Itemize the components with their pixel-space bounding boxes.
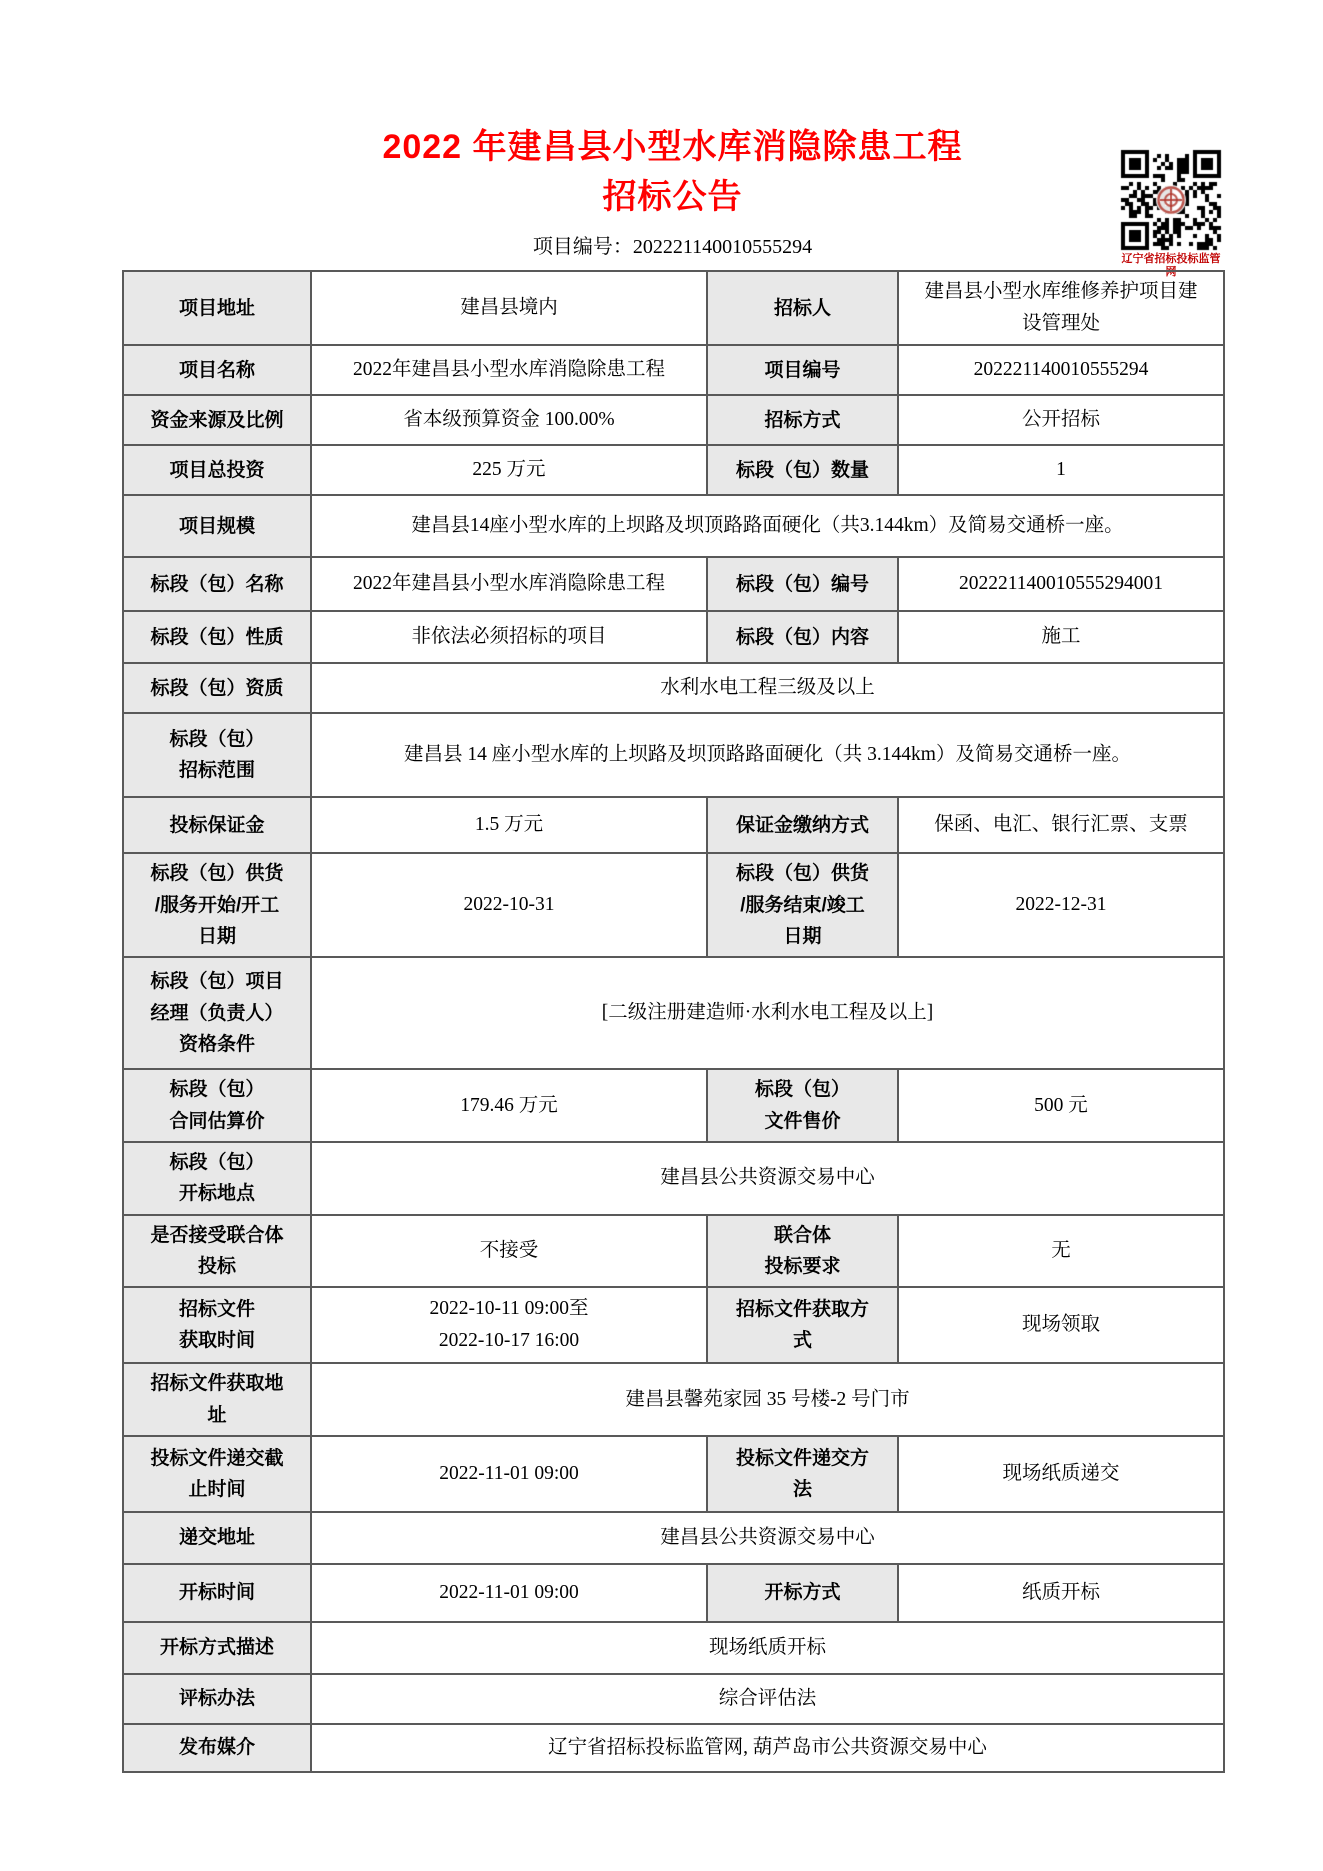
- row-label: 招标文件获取地 址: [123, 1363, 311, 1436]
- row-label: 联合体 投标要求: [707, 1215, 898, 1288]
- row-label: 项目地址: [123, 271, 311, 345]
- table-row: 开标方式描述 现场纸质开标: [123, 1622, 1224, 1674]
- row-label: 标段（包） 招标范围: [123, 713, 311, 797]
- table-row: 招标文件 获取时间 2022-10-11 09:00至 2022-10-17 1…: [123, 1287, 1224, 1363]
- table-row: 招标文件获取地 址 建昌县馨苑家园 35 号楼-2 号门市: [123, 1363, 1224, 1436]
- row-value: 现场纸质递交: [898, 1436, 1224, 1512]
- table-row: 标段（包）供货 /服务开始/开工 日期 2022-10-31 标段（包）供货 /…: [123, 853, 1224, 957]
- row-label: 保证金缴纳方式: [707, 797, 898, 853]
- table-row: 标段（包） 招标范围 建昌县 14 座小型水库的上坝路及坝顶路路面硬化（共 3.…: [123, 713, 1224, 797]
- row-value: 2022-11-01 09:00: [311, 1436, 707, 1512]
- qr-code-image: [1119, 148, 1223, 252]
- table-row: 标段（包） 开标地点 建昌县公共资源交易中心: [123, 1142, 1224, 1215]
- table-row: 标段（包） 合同估算价 179.46 万元 标段（包） 文件售价 500 元: [123, 1069, 1224, 1142]
- row-label: 标段（包）供货 /服务结束/竣工 日期: [707, 853, 898, 957]
- row-label: 项目规模: [123, 495, 311, 557]
- doc-title-line1: 2022 年建昌县小型水库消隐除患工程: [122, 122, 1223, 172]
- row-label: 投标文件递交方 法: [707, 1436, 898, 1512]
- row-value: 施工: [898, 611, 1224, 663]
- project-number-line: 项目编号：202221140010555294: [122, 234, 1223, 260]
- row-value: 无: [898, 1215, 1224, 1288]
- document-header: 2022 年建昌县小型水库消隐除患工程 招标公告 项目编号：2022211400…: [122, 122, 1223, 260]
- table-row: 开标时间 2022-11-01 09:00 开标方式 纸质开标: [123, 1564, 1224, 1622]
- row-label: 招标人: [707, 271, 898, 345]
- document-page: 2022 年建昌县小型水库消隐除患工程 招标公告 项目编号：2022211400…: [0, 0, 1323, 1871]
- table-row: 标段（包）项目 经理（负责人） 资格条件 [二级注册建造师·水利水电工程及以上]: [123, 957, 1224, 1069]
- row-label: 递交地址: [123, 1512, 311, 1564]
- table-row: 资金来源及比例 省本级预算资金 100.00% 招标方式 公开招标: [123, 395, 1224, 445]
- row-label: 招标方式: [707, 395, 898, 445]
- row-label: 开标方式: [707, 1564, 898, 1622]
- row-label: 标段（包） 合同估算价: [123, 1069, 311, 1142]
- table-row: 标段（包）性质 非依法必须招标的项目 标段（包）内容 施工: [123, 611, 1224, 663]
- qr-code-block: 辽宁省招标投标监管网: [1119, 148, 1223, 279]
- row-value: 纸质开标: [898, 1564, 1224, 1622]
- row-value: 2022-10-11 09:00至 2022-10-17 16:00: [311, 1287, 707, 1363]
- table-row: 标段（包）资质 水利水电工程三级及以上: [123, 663, 1224, 713]
- row-value: 225 万元: [311, 445, 707, 495]
- row-value: 省本级预算资金 100.00%: [311, 395, 707, 445]
- row-value: 1.5 万元: [311, 797, 707, 853]
- tender-info-table: 项目地址 建昌县境内 招标人 建昌县小型水库维修养护项目建 设管理处 项目名称 …: [122, 270, 1225, 1773]
- row-value: 2022-12-31: [898, 853, 1224, 957]
- table-row: 项目地址 建昌县境内 招标人 建昌县小型水库维修养护项目建 设管理处: [123, 271, 1224, 345]
- row-value: 建昌县馨苑家园 35 号楼-2 号门市: [311, 1363, 1224, 1436]
- row-label: 投标文件递交截 止时间: [123, 1436, 311, 1512]
- row-value: 1: [898, 445, 1224, 495]
- row-label: 标段（包）项目 经理（负责人） 资格条件: [123, 957, 311, 1069]
- row-label: 开标时间: [123, 1564, 311, 1622]
- row-label: 项目名称: [123, 345, 311, 395]
- row-label: 资金来源及比例: [123, 395, 311, 445]
- row-value: 建昌县境内: [311, 271, 707, 345]
- row-value: 不接受: [311, 1215, 707, 1288]
- row-value: 202221140010555294: [898, 345, 1224, 395]
- row-value: 非依法必须招标的项目: [311, 611, 707, 663]
- row-label: 招标文件 获取时间: [123, 1287, 311, 1363]
- row-label: 发布媒介: [123, 1724, 311, 1772]
- row-label: 标段（包） 开标地点: [123, 1142, 311, 1215]
- row-label: 标段（包）性质: [123, 611, 311, 663]
- row-value: 公开招标: [898, 395, 1224, 445]
- row-label: 标段（包）内容: [707, 611, 898, 663]
- table-row: 项目规模 建昌县14座小型水库的上坝路及坝顶路路面硬化（共3.144km）及简易…: [123, 495, 1224, 557]
- table-row: 发布媒介 辽宁省招标投标监管网, 葫芦岛市公共资源交易中心: [123, 1724, 1224, 1772]
- row-label: 标段（包）供货 /服务开始/开工 日期: [123, 853, 311, 957]
- row-label: 开标方式描述: [123, 1622, 311, 1674]
- row-value: 建昌县14座小型水库的上坝路及坝顶路路面硬化（共3.144km）及简易交通桥一座…: [311, 495, 1224, 557]
- row-value: 建昌县 14 座小型水库的上坝路及坝顶路路面硬化（共 3.144km）及简易交通…: [311, 713, 1224, 797]
- row-value: 综合评估法: [311, 1674, 1224, 1724]
- row-value: 现场纸质开标: [311, 1622, 1224, 1674]
- row-value: 2022-11-01 09:00: [311, 1564, 707, 1622]
- row-value: 建昌县小型水库维修养护项目建 设管理处: [898, 271, 1224, 345]
- row-value: 2022年建昌县小型水库消隐除患工程: [311, 557, 707, 611]
- row-value: 2022-10-31: [311, 853, 707, 957]
- table-row: 项目总投资 225 万元 标段（包）数量 1: [123, 445, 1224, 495]
- table-row: 项目名称 2022年建昌县小型水库消隐除患工程 项目编号 20222114001…: [123, 345, 1224, 395]
- table-row: 投标保证金 1.5 万元 保证金缴纳方式 保函、电汇、银行汇票、支票: [123, 797, 1224, 853]
- row-label: 项目编号: [707, 345, 898, 395]
- row-value: 建昌县公共资源交易中心: [311, 1512, 1224, 1564]
- row-value: 现场领取: [898, 1287, 1224, 1363]
- row-value: [二级注册建造师·水利水电工程及以上]: [311, 957, 1224, 1069]
- row-value: 水利水电工程三级及以上: [311, 663, 1224, 713]
- table-row: 评标办法 综合评估法: [123, 1674, 1224, 1724]
- row-value: 辽宁省招标投标监管网, 葫芦岛市公共资源交易中心: [311, 1724, 1224, 1772]
- table-row: 是否接受联合体 投标 不接受 联合体 投标要求 无: [123, 1215, 1224, 1288]
- table-row: 递交地址 建昌县公共资源交易中心: [123, 1512, 1224, 1564]
- row-label: 项目总投资: [123, 445, 311, 495]
- row-label: 标段（包）名称: [123, 557, 311, 611]
- row-value: 保函、电汇、银行汇票、支票: [898, 797, 1224, 853]
- row-label: 招标文件获取方 式: [707, 1287, 898, 1363]
- row-label: 是否接受联合体 投标: [123, 1215, 311, 1288]
- row-value: 500 元: [898, 1069, 1224, 1142]
- table-row: 投标文件递交截 止时间 2022-11-01 09:00 投标文件递交方 法 现…: [123, 1436, 1224, 1512]
- row-label: 标段（包）编号: [707, 557, 898, 611]
- row-value: 179.46 万元: [311, 1069, 707, 1142]
- row-value: 建昌县公共资源交易中心: [311, 1142, 1224, 1215]
- row-label: 投标保证金: [123, 797, 311, 853]
- table-row: 标段（包）名称 2022年建昌县小型水库消隐除患工程 标段（包）编号 20222…: [123, 557, 1224, 611]
- row-value: 2022年建昌县小型水库消隐除患工程: [311, 345, 707, 395]
- row-label: 标段（包）数量: [707, 445, 898, 495]
- row-label: 标段（包）资质: [123, 663, 311, 713]
- row-value: 202221140010555294001: [898, 557, 1224, 611]
- row-label: 标段（包） 文件售价: [707, 1069, 898, 1142]
- row-label: 评标办法: [123, 1674, 311, 1724]
- doc-title-line2: 招标公告: [122, 172, 1223, 222]
